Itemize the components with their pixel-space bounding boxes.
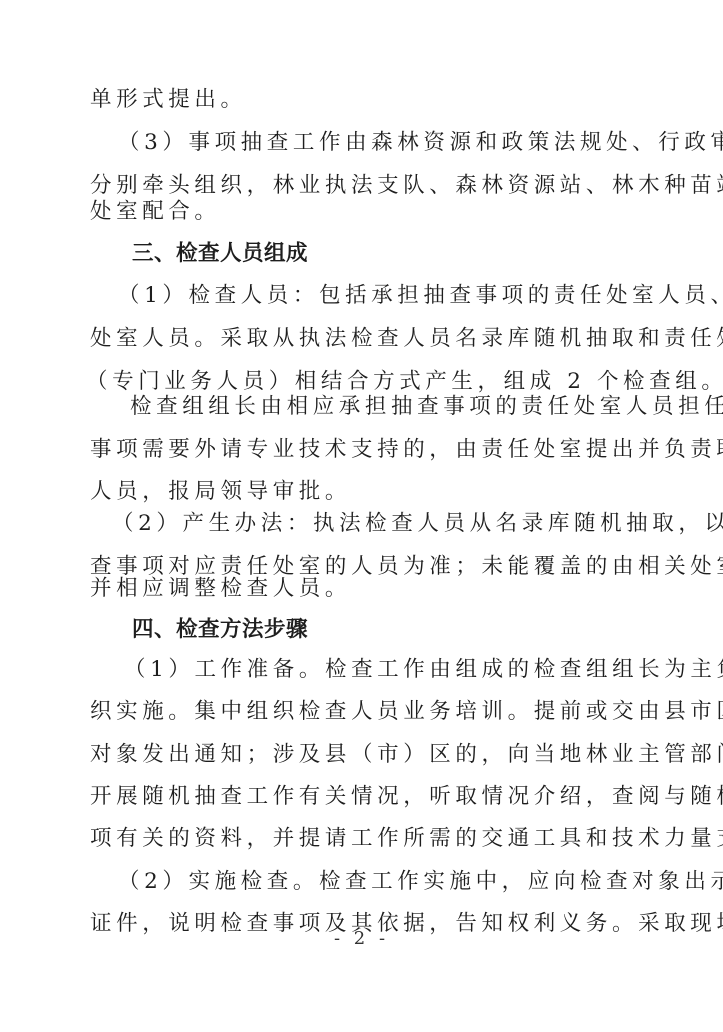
page-number: - 2 -: [0, 928, 723, 949]
paragraph-line: 开展随机抽查工作有关情况，听取情况介绍，查阅与随机抽查事: [90, 784, 650, 810]
paragraph-line: （专门业务人员）相结合方式产生，组成 2 个检查组。: [86, 369, 646, 395]
paragraph-line: 人员，报局领导审批。: [90, 479, 650, 505]
document-page: 单形式提出。 （3）事项抽查工作由森林资源和政策法规处、行政审批处 分别牵头组织…: [0, 0, 723, 1032]
paragraph-line: 项有关的资料，并提请工作所需的交通工具和技术力量支持。: [90, 826, 650, 852]
paragraph-line: 处室人员。采取从执法检查人员名录库随机抽取和责任处室指派: [90, 326, 650, 352]
paragraph-line: 事项需要外请专业技术支持的，由责任处室提出并负责联系具体: [90, 437, 650, 463]
paragraph-line: 检查组组长由相应承担抽查事项的责任处室人员担任。抽查: [130, 394, 690, 420]
section-heading-3: 三、检查人员组成: [132, 241, 692, 267]
paragraph-line: （1）检查人员：包括承担抽查事项的责任处室人员、配合: [118, 283, 678, 309]
paragraph-line: （1）工作准备。检查工作由组成的检查组组长为主负责组: [124, 657, 684, 683]
paragraph-line: 单形式提出。: [90, 87, 650, 113]
section-heading-4: 四、检查方法步骤: [132, 617, 692, 643]
paragraph-line: 分别牵头组织，林业执法支队、森林资源站、林木种苗站等其他: [90, 173, 650, 199]
paragraph-line: 对象发出通知；涉及县（市）区的，向当地林业主管部门通报拟: [90, 742, 650, 768]
paragraph-line: （2）实施检查。检查工作实施中，应向检查对象出示工作: [118, 869, 678, 895]
paragraph-line: （3）事项抽查工作由森林资源和政策法规处、行政审批处: [118, 130, 678, 156]
paragraph-line: （2）产生办法：执法检查人员从名录库随机抽取，以覆盖抽: [112, 511, 672, 537]
paragraph-line: 织实施。集中组织检查人员业务培训。提前或交由县市区向检查: [90, 699, 650, 725]
paragraph-line: 处室配合。: [90, 199, 650, 225]
paragraph-line: 并相应调整检查人员。: [90, 576, 650, 602]
